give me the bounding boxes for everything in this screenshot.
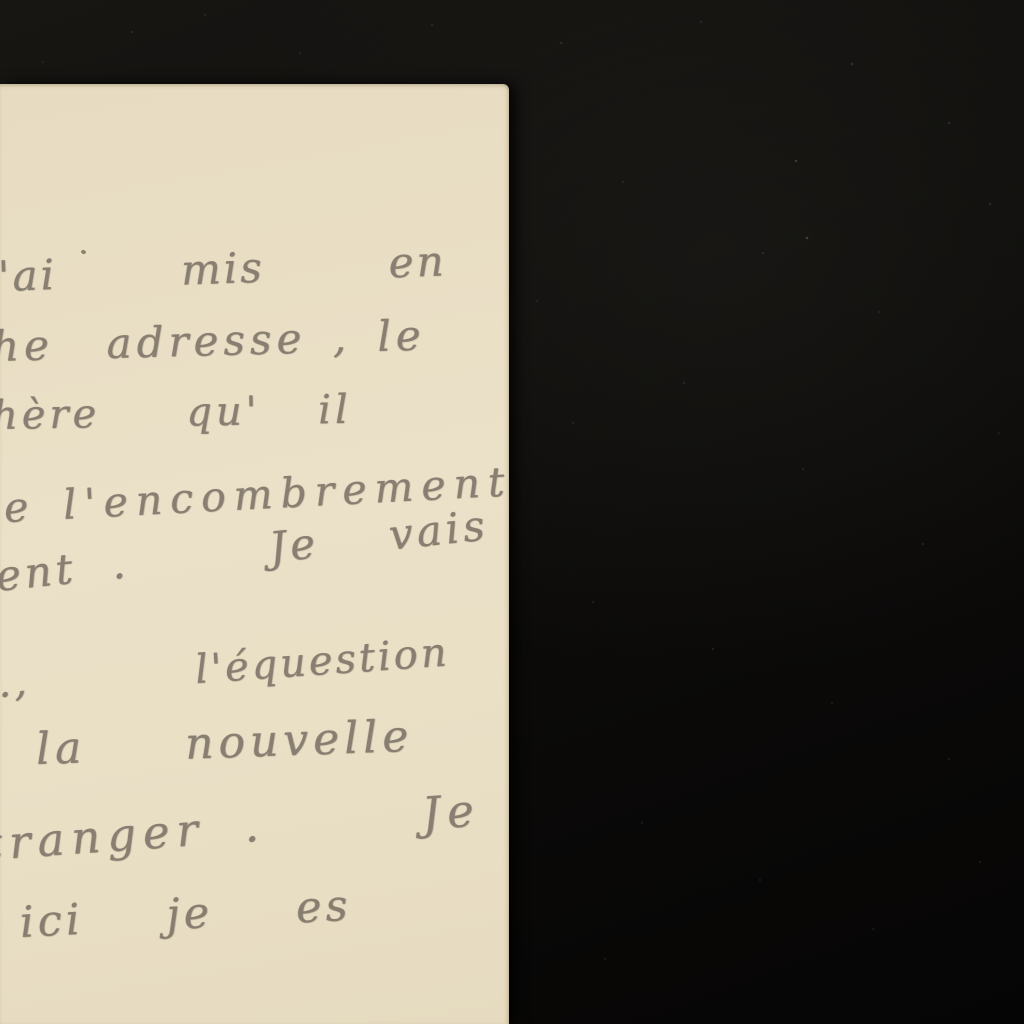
handwritten-line: ., l'équestion [0,630,451,705]
handwritten-line: he adresse , le [0,313,426,371]
handwritten-line: ici je es [19,883,353,948]
handwritten-line: la nouvelle [35,713,414,775]
handwritten-line: 'ai mis en [0,238,447,300]
velvet-dust-specks [0,0,2,2]
framed-letter-photo: 'ai mis en he adresse , le hère qu' il e… [0,0,1024,1024]
handwritten-line: tranger . Je [0,785,482,869]
handwritten-line: hère qu' il [0,388,352,438]
letter-paper: 'ai mis en he adresse , le hère qu' il e… [0,84,509,1024]
